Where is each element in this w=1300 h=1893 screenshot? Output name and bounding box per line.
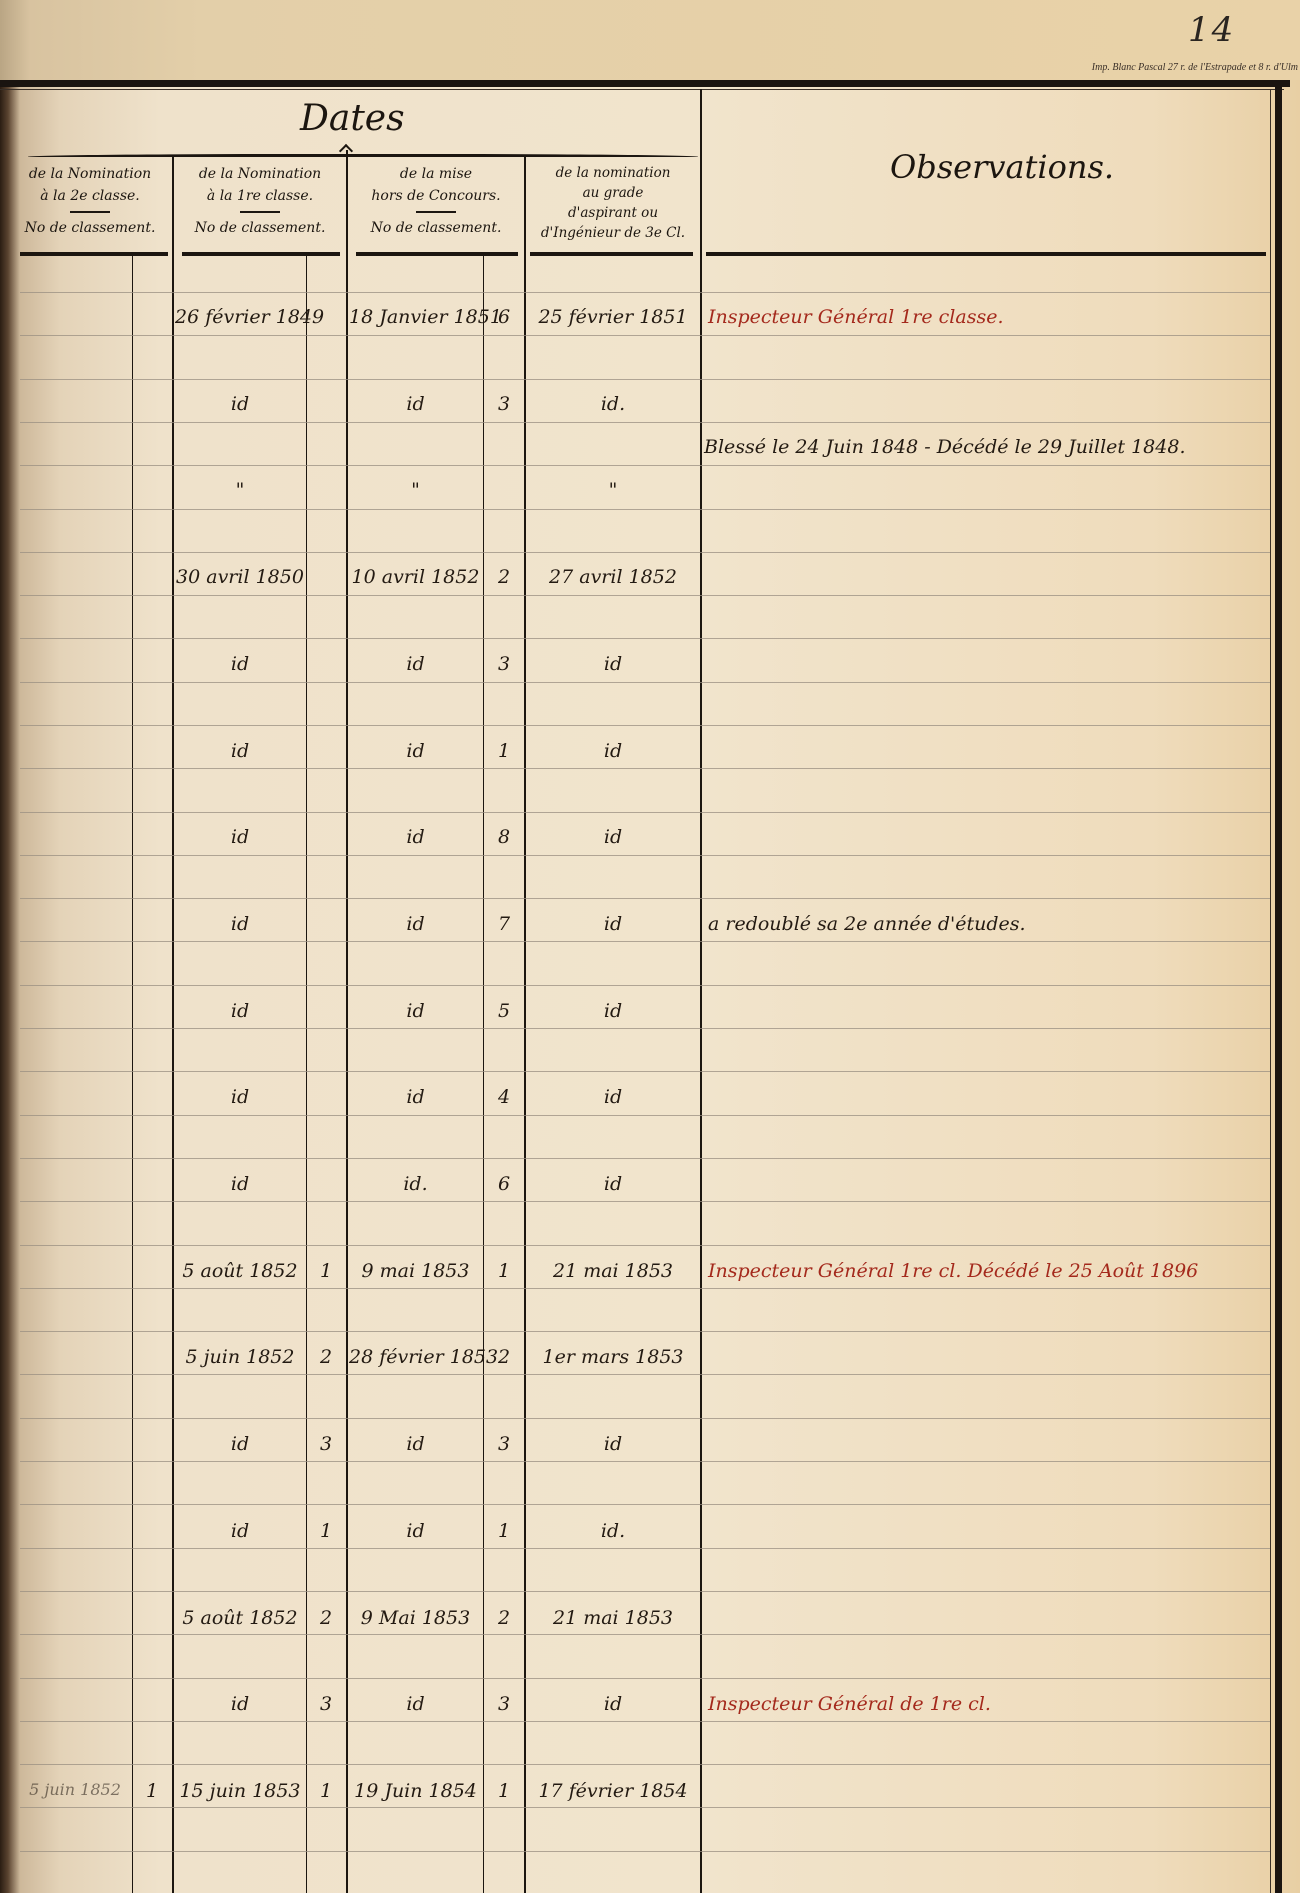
cell-grade-date: id: [527, 1173, 699, 1195]
cell-grade-date: id: [527, 913, 699, 935]
cell-hc-num: 6: [484, 306, 524, 328]
header-col-hors-concours: de la mise hors de Concours. No de class…: [349, 163, 523, 239]
dates-brace: [28, 154, 698, 161]
ruled-line: [20, 1245, 1270, 1246]
ruled-line: [20, 1418, 1270, 1419]
cell-c1-date: id: [175, 653, 305, 675]
observation-note: a redoublé sa 2e année d'études.: [708, 913, 1026, 935]
ruled-line: [20, 725, 1270, 726]
ruled-line: [20, 1807, 1270, 1808]
cell-hc-num: 5: [484, 1000, 524, 1022]
frame-border-top-inner: [0, 89, 1284, 90]
cell-hc-date: id: [349, 393, 482, 415]
cell-hc-date: id: [349, 1693, 482, 1715]
header-dash: [70, 211, 110, 213]
ruled-line: [20, 1548, 1270, 1549]
cell-hc-date: id: [349, 1520, 482, 1542]
cell-c2-date: 5 juin 1852: [20, 1780, 130, 1799]
header-col-nomination-1re-classe: de la Nomination à la 1re classe. No de …: [175, 163, 345, 239]
ruled-line: [20, 465, 1270, 466]
cell-c2-num: 1: [133, 1780, 171, 1802]
header-text: de la Nomination: [10, 163, 170, 185]
ruled-line: [20, 1591, 1270, 1592]
cell-hc-num: 7: [484, 913, 524, 935]
cell-grade-date: 27 avril 1852: [527, 566, 699, 588]
ruled-line: [20, 985, 1270, 986]
frame-border-top: [0, 80, 1290, 87]
header-text: d'aspirant ou: [527, 203, 699, 223]
cell-hc-date: id: [349, 1086, 482, 1108]
ruled-line: [20, 768, 1270, 769]
cell-grade-date: id: [527, 826, 699, 848]
ruled-line: [20, 1851, 1270, 1852]
ruled-line: [20, 1721, 1270, 1722]
number-subcolumn-divider: [483, 254, 484, 1893]
cell-c1-date: id: [175, 1693, 305, 1715]
ruled-line: [20, 1764, 1270, 1765]
observations-heading: Observations.: [890, 148, 1114, 186]
header-text: No de classement.: [349, 217, 523, 239]
cell-grade-date: id: [527, 1433, 699, 1455]
ruled-line: [20, 292, 1270, 293]
ruled-line: [20, 379, 1270, 380]
header-rule: [182, 252, 340, 256]
cell-hc-date: 10 avril 1852: [349, 566, 482, 588]
cell-hc-num: 2: [484, 1346, 524, 1368]
cell-c1-date: 15 juin 1853: [175, 1780, 305, 1802]
observation-note: Inspecteur Général 1re cl. Décédé le 25 …: [708, 1260, 1198, 1282]
column-divider: [346, 150, 348, 1893]
cell-hc-date: id: [349, 653, 482, 675]
cell-grade-date: id: [527, 653, 699, 675]
cell-c1-date: id: [175, 1086, 305, 1108]
cell-c1-date: 5 août 1852: [175, 1260, 305, 1282]
ruled-line: [20, 1201, 1270, 1202]
cell-c1-num: 3: [307, 1433, 345, 1455]
ruled-line: [20, 595, 1270, 596]
cell-hc-date: id: [349, 913, 482, 935]
cell-hc-num: 1: [484, 740, 524, 762]
ruled-line: [20, 1331, 1270, 1332]
header-col-nomination-2e-classe: de la Nomination à la 2e classe. No de c…: [10, 163, 170, 239]
ruled-line: [20, 1461, 1270, 1462]
ruled-line: [20, 638, 1270, 639]
cell-c1-date: id: [175, 1173, 305, 1195]
header-text: au grade: [527, 183, 699, 203]
cell-grade-date: ": [527, 479, 699, 501]
ruled-line: [20, 682, 1270, 683]
cell-hc-num: 2: [484, 566, 524, 588]
cell-hc-date: 19 Juin 1854: [349, 1780, 482, 1802]
cell-grade-date: id: [527, 1000, 699, 1022]
header-dash: [416, 211, 456, 213]
cell-c1-num: 2: [307, 1607, 345, 1629]
cell-hc-date: 28 février 1853: [349, 1346, 482, 1368]
ruled-line: [20, 855, 1270, 856]
cell-hc-num: 4: [484, 1086, 524, 1108]
header-text: No de classement.: [175, 217, 345, 239]
cell-hc-num: 1: [484, 1780, 524, 1802]
ruled-line: [20, 335, 1270, 336]
cell-grade-date: 1er mars 1853: [527, 1346, 699, 1368]
cell-hc-num: 3: [484, 1433, 524, 1455]
header-text: à la 2e classe.: [10, 185, 170, 207]
number-subcolumn-divider: [132, 254, 133, 1893]
ruled-line: [20, 1158, 1270, 1159]
cell-hc-date: 18 Janvier 1851: [349, 306, 482, 328]
ruled-line: [20, 1634, 1270, 1635]
cell-hc-date: id.: [349, 1173, 482, 1195]
ruled-line: [20, 1071, 1270, 1072]
cell-c1-num: 1: [307, 1780, 345, 1802]
header-text: hors de Concours.: [349, 185, 523, 207]
cell-c1-date: id: [175, 740, 305, 762]
cell-hc-date: id: [349, 740, 482, 762]
cell-hc-date: id: [349, 826, 482, 848]
cell-c1-date: ": [175, 479, 305, 501]
header-rule: [706, 252, 1266, 256]
cell-c1-date: 5 août 1852: [175, 1607, 305, 1629]
ruled-line: [20, 941, 1270, 942]
column-divider: [700, 89, 702, 1893]
ruled-line: [20, 1028, 1270, 1029]
header-text: de la nomination: [527, 163, 699, 183]
cell-grade-date: 21 mai 1853: [527, 1260, 699, 1282]
cell-c1-date: 5 juin 1852: [175, 1346, 305, 1368]
header-rule: [20, 252, 168, 256]
column-divider: [172, 155, 174, 1893]
ruled-line: [20, 898, 1270, 899]
cell-hc-num: 8: [484, 826, 524, 848]
cell-grade-date: 21 mai 1853: [527, 1607, 699, 1629]
cell-hc-num: 3: [484, 393, 524, 415]
ruled-line: [20, 552, 1270, 553]
dates-heading: Dates: [300, 98, 405, 139]
cell-c1-num: 1: [307, 1260, 345, 1282]
cell-grade-date: id: [527, 740, 699, 762]
header-rule: [356, 252, 518, 256]
cell-hc-date: 9 Mai 1853: [349, 1607, 482, 1629]
header-text: d'Ingénieur de 3e Cl.: [527, 223, 699, 243]
cell-c1-date: id: [175, 1433, 305, 1455]
header-text: de la Nomination: [175, 163, 345, 185]
cell-c1-date: id: [175, 913, 305, 935]
cell-c1-num: 2: [307, 1346, 345, 1368]
cell-c1-date: id: [175, 826, 305, 848]
frame-border-right: [1275, 80, 1282, 1893]
cell-c1-date: 26 février 1849: [175, 306, 305, 328]
cell-hc-num: 2: [484, 1607, 524, 1629]
cell-c1-date: id: [175, 393, 305, 415]
page-number: 14: [1188, 10, 1235, 50]
cell-c1-num: 3: [307, 1693, 345, 1715]
cell-hc-num: 6: [484, 1173, 524, 1195]
header-dash: [240, 211, 280, 213]
cell-c1-num: 1: [307, 1520, 345, 1542]
observation-note: Inspecteur Général de 1re cl.: [708, 1693, 991, 1715]
cell-hc-num: 3: [484, 653, 524, 675]
frame-border-right-inner: [1270, 89, 1271, 1893]
cell-grade-date: id.: [527, 1520, 699, 1542]
cell-hc-date: ": [349, 479, 482, 501]
cell-c1-date: 30 avril 1850: [175, 566, 305, 588]
header-text: à la 1re classe.: [175, 185, 345, 207]
observation-note: Inspecteur Général 1re classe.: [708, 306, 1004, 328]
header-rule: [530, 252, 693, 256]
printer-note: Imp. Blanc Pascal 27 r. de l'Estrapade e…: [1092, 62, 1298, 73]
ruled-line: [20, 1678, 1270, 1679]
ruled-line: [20, 1115, 1270, 1116]
cell-c1-date: id: [175, 1000, 305, 1022]
cell-hc-date: id: [349, 1433, 482, 1455]
column-divider: [524, 155, 526, 1893]
cell-c1-date: id: [175, 1520, 305, 1542]
cell-grade-date: 25 février 1851: [527, 306, 699, 328]
cell-hc-num: 3: [484, 1693, 524, 1715]
header-text: de la mise: [349, 163, 523, 185]
header-col-grade-aspirant: de la nomination au grade d'aspirant ou …: [527, 163, 699, 243]
ruled-line: [20, 1504, 1270, 1505]
number-subcolumn-divider: [306, 254, 307, 1893]
observation-note-interline: Blessé le 24 Juin 1848 - Décédé le 29 Ju…: [704, 436, 1186, 458]
cell-grade-date: id: [527, 1086, 699, 1108]
ruled-line: [20, 422, 1270, 423]
cell-grade-date: id: [527, 1693, 699, 1715]
cell-grade-date: id.: [527, 393, 699, 415]
ruled-line: [20, 1288, 1270, 1289]
ruled-line: [20, 812, 1270, 813]
cell-hc-num: 1: [484, 1260, 524, 1282]
ruled-line: [20, 509, 1270, 510]
cell-hc-date: 9 mai 1853: [349, 1260, 482, 1282]
ruled-line: [20, 1374, 1270, 1375]
header-text: No de classement.: [10, 217, 170, 239]
cell-grade-date: 17 février 1854: [527, 1780, 699, 1802]
cell-hc-num: 1: [484, 1520, 524, 1542]
cell-hc-date: id: [349, 1000, 482, 1022]
